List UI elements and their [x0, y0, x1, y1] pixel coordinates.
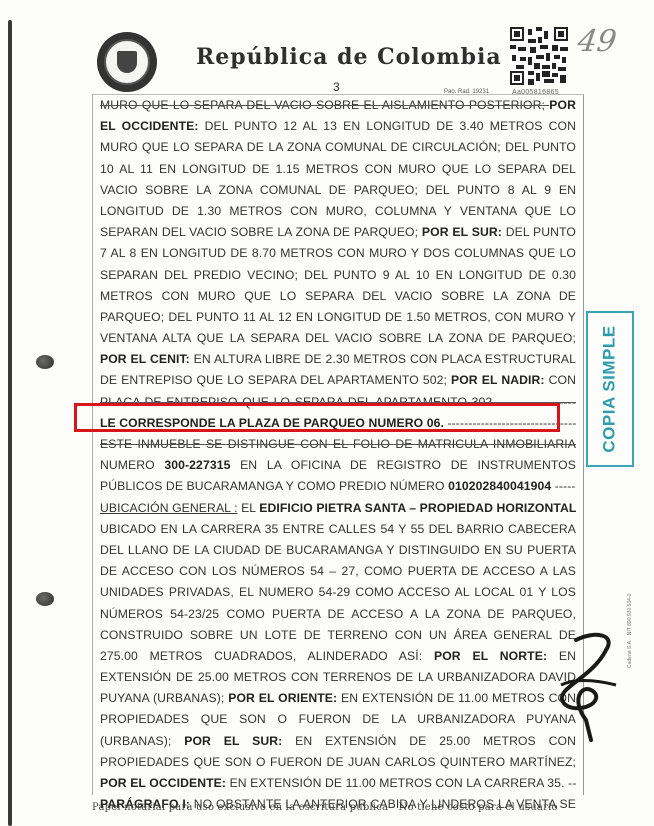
text-line: PROPIEDADES QUE SON O FUERON DE JUAN CAR…: [100, 752, 576, 773]
text-line: DEL LLANO DE LA CIUDAD DE BUCARAMANGA Y …: [100, 540, 576, 561]
text-line: POR EL OCCIDENTE: EN EXTENSIÓN DE 11.00 …: [100, 773, 576, 794]
signature-icon: [556, 630, 626, 750]
text-line: VACIO SOBRE LA ZONA COMUNAL DE PARQUEO; …: [100, 180, 576, 201]
text-line: 7 AL 8 EN LONGITUD DE 8.70 METROS CON MU…: [100, 243, 576, 264]
text-line: PÚBLICOS DE BUCARAMANGA Y COMO PREDIO NÚ…: [100, 476, 576, 497]
text-line: EL OCCIDENTE: DEL PUNTO 12 AL 13 EN LONG…: [100, 116, 576, 137]
text-line: POR EL CENIT: EN ALTURA LIBRE DE 2.30 ME…: [100, 349, 576, 370]
text-line: SEPARAN DEL VACIO SOBRE LA ZONA DE PARQU…: [100, 222, 576, 243]
document-header-title: República de Colombia: [196, 44, 502, 70]
text-line: UNIDADES PRIVADAS, EL NUMERO 54-29 COMO …: [100, 582, 576, 603]
notary-seal-logo: [97, 32, 157, 92]
copia-simple-stamp: COPIA SIMPLE: [586, 311, 634, 467]
text-line: PUYANA (URBANAS); POR EL ORIENTE: EN EXT…: [100, 688, 576, 709]
text-line: NÚMEROS 54-23/25 COMO PUERTA DE ACCESO A…: [100, 604, 576, 625]
shield-icon: [117, 51, 137, 73]
text-line: PROPIEDADES QUE SON O FUERON DE LA URBAN…: [100, 709, 576, 730]
binding-edge: [8, 20, 12, 826]
text-line: METROS CON MURO QUE LO SEPARA DEL VACIO …: [100, 286, 576, 307]
text-line: UBICACIÓN GENERAL : EL EDIFICIO PIETRA S…: [100, 498, 576, 519]
qr-code-icon: [510, 26, 568, 86]
text-line: PARQUEO; DEL PUNTO 11 AL 12 EN LONGITUD …: [100, 307, 576, 328]
footer-notice: Papel notarial para uso exclusivo en la …: [92, 802, 558, 813]
text-line: MURO QUE LO SEPARA DE LA ZONA COMUNAL DE…: [100, 137, 576, 158]
margin-printer-text: Cadena S.A. · NIT 890.930.534-0: [627, 578, 633, 668]
text-line: NUMERO 300-227315 EN LA OFICINA DE REGIS…: [100, 455, 576, 476]
punch-hole: [36, 592, 54, 606]
text-line: (URBANAS); POR EL SUR: EN EXTENSIÓN DE 2…: [100, 731, 576, 752]
stamp-label: COPIA SIMPLE: [600, 325, 620, 452]
text-line: CONSTRUIDO SOBRE UN LOTE DE TERRENO CON …: [100, 625, 576, 646]
text-line: ESTE INMUEBLE SE DISTINGUE CON EL FOLIO …: [100, 434, 576, 455]
text-line: MURO QUE LO SEPARA DEL VACIO SOBRE EL AI…: [100, 95, 576, 116]
page-number: 3: [333, 80, 340, 94]
text-line: UBICADO EN LA CARRERA 35 ENTRE CALLES 54…: [100, 519, 576, 540]
text-line: EXTENSIÓN DE 25.00 METROS CON TERRENOS D…: [100, 667, 576, 688]
text-line: DE ACCESO CON LOS NÚMEROS 54 – 27, COMO …: [100, 561, 576, 582]
text-line: SEPARAN DEL PREDIO VECINO; DEL PUNTO 9 A…: [100, 265, 576, 286]
text-line: 10 AL 11 EN LONGITUD DE 1.15 METROS CON …: [100, 159, 576, 180]
document-body: MURO QUE LO SEPARA DEL VACIO SOBRE EL AI…: [100, 95, 576, 815]
text-line: VENTANA ALTA QUE LA SEPARA DEL VACIO SOB…: [100, 328, 576, 349]
punch-hole: [36, 355, 54, 369]
highlight-box-parking-space: [74, 403, 560, 432]
text-line: DE ENTREPISO QUE LO SEPARA DEL APARTAMEN…: [100, 370, 576, 391]
text-line: LONGITUD DE 1.30 METROS CON MURO, COLUMN…: [100, 201, 576, 222]
handwritten-folio-number: 49: [576, 24, 619, 59]
text-line: 275.00 METROS CUADRADOS, ALINDERADO ASÍ:…: [100, 646, 576, 667]
